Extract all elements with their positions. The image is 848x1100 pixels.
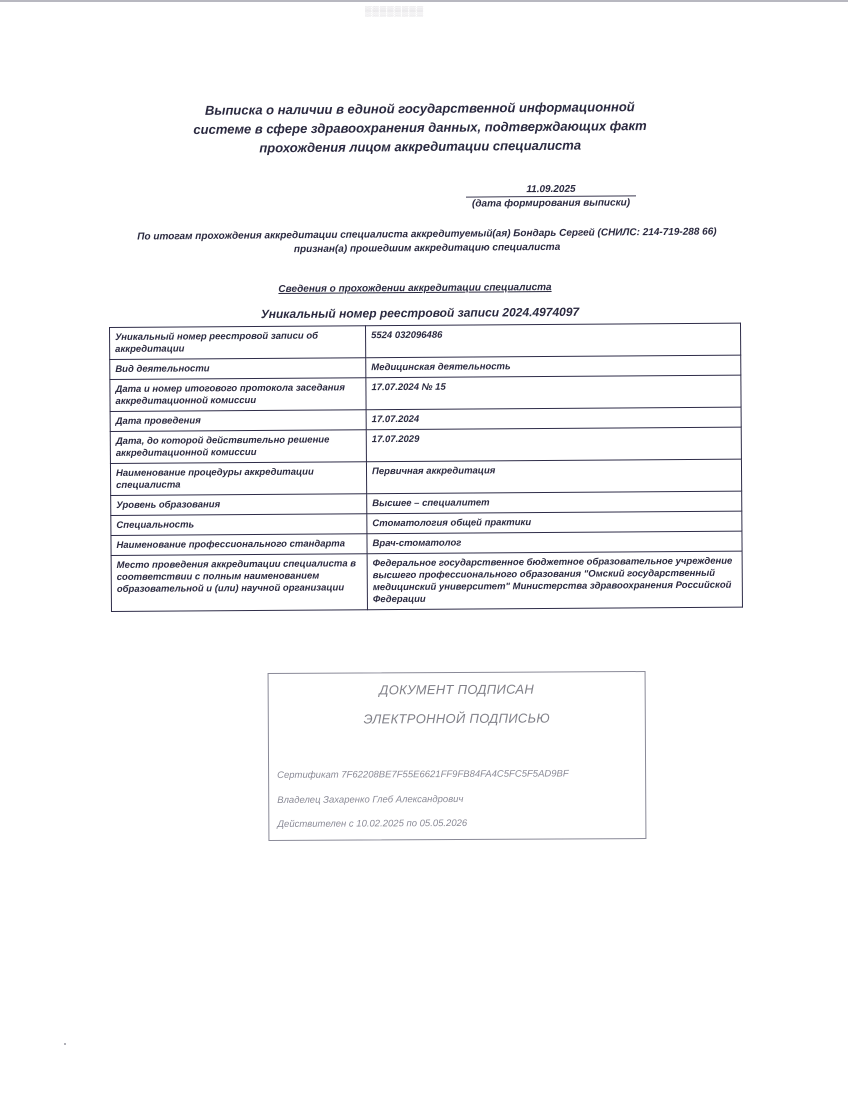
section-heading: Сведения о прохождении аккредитации спец… bbox=[240, 282, 590, 295]
row-label: Специальность bbox=[111, 514, 367, 536]
faint-scan-mark: ▒▒▒▒▒▒▒▒ bbox=[365, 6, 475, 16]
issue-date: 11.09.2025 bbox=[466, 183, 636, 197]
table-row: Дата и номер итогового протокола заседан… bbox=[110, 375, 741, 411]
table-row: Место проведения аккредитации специалист… bbox=[111, 551, 742, 611]
row-value: Стоматология общей практики bbox=[367, 511, 742, 534]
row-label: Вид деятельности bbox=[110, 358, 366, 380]
issue-date-caption: (дата формирования выписки) bbox=[466, 197, 636, 209]
row-value: Высшее – специалитет bbox=[367, 491, 742, 514]
row-label: Дата проведения bbox=[110, 410, 366, 432]
table-row: Наименование процедуры аккредитации спец… bbox=[110, 459, 741, 495]
stamp-title-line-1: ДОКУМЕНТ ПОДПИСАН bbox=[269, 681, 645, 698]
row-label: Место проведения аккредитации специалист… bbox=[111, 554, 367, 612]
row-value: Первичная аккредитация bbox=[366, 459, 741, 494]
row-value: Федеральное государственное бюджетное об… bbox=[367, 551, 742, 610]
registry-number: Уникальный номер реестровой записи 2024.… bbox=[220, 305, 620, 322]
row-value: Врач-стоматолог bbox=[367, 531, 742, 554]
row-label: Дата и номер итогового протокола заседан… bbox=[110, 378, 366, 412]
scan-speck bbox=[64, 1043, 66, 1045]
row-label: Уровень образования bbox=[111, 494, 367, 516]
intro-paragraph: По итогам прохождения аккредитации специ… bbox=[112, 225, 742, 258]
row-label: Наименование профессионального стандарта bbox=[111, 534, 367, 556]
row-label: Уникальный номер реестровой записи об ак… bbox=[110, 326, 366, 360]
row-value: 17.07.2029 bbox=[366, 427, 741, 462]
accreditation-table: Уникальный номер реестровой записи об ак… bbox=[109, 323, 743, 612]
table-row: Дата, до которой действительно решение а… bbox=[110, 427, 741, 463]
table-row: Уникальный номер реестровой записи об ак… bbox=[110, 323, 741, 359]
row-label: Наименование процедуры аккредитации спец… bbox=[110, 462, 366, 496]
electronic-signature-stamp: ДОКУМЕНТ ПОДПИСАН ЭЛЕКТРОННОЙ ПОДПИСЬЮ С… bbox=[268, 671, 647, 841]
certificate-id: Сертификат 7F62208BE7F55E6621FF9FB84FA4C… bbox=[277, 768, 569, 781]
scan-edge-line bbox=[0, 0, 848, 2]
certificate-validity: Действителен с 10.02.2025 по 05.05.2026 bbox=[277, 818, 467, 830]
stamp-title-line-2: ЭЛЕКТРОННОЙ ПОДПИСЬЮ bbox=[269, 710, 645, 727]
row-value: Медицинская деятельность bbox=[366, 355, 741, 378]
row-label: Дата, до которой действительно решение а… bbox=[110, 430, 366, 464]
document-title: Выписка о наличии в единой государственн… bbox=[190, 97, 650, 158]
row-value: 5524 032096486 bbox=[365, 323, 740, 358]
certificate-owner: Владелец Захаренко Глеб Александрович bbox=[277, 794, 463, 806]
row-value: 17.07.2024 № 15 bbox=[366, 375, 741, 410]
issue-date-block: 11.09.2025 (дата формирования выписки) bbox=[466, 183, 636, 209]
row-value: 17.07.2024 bbox=[366, 407, 741, 430]
